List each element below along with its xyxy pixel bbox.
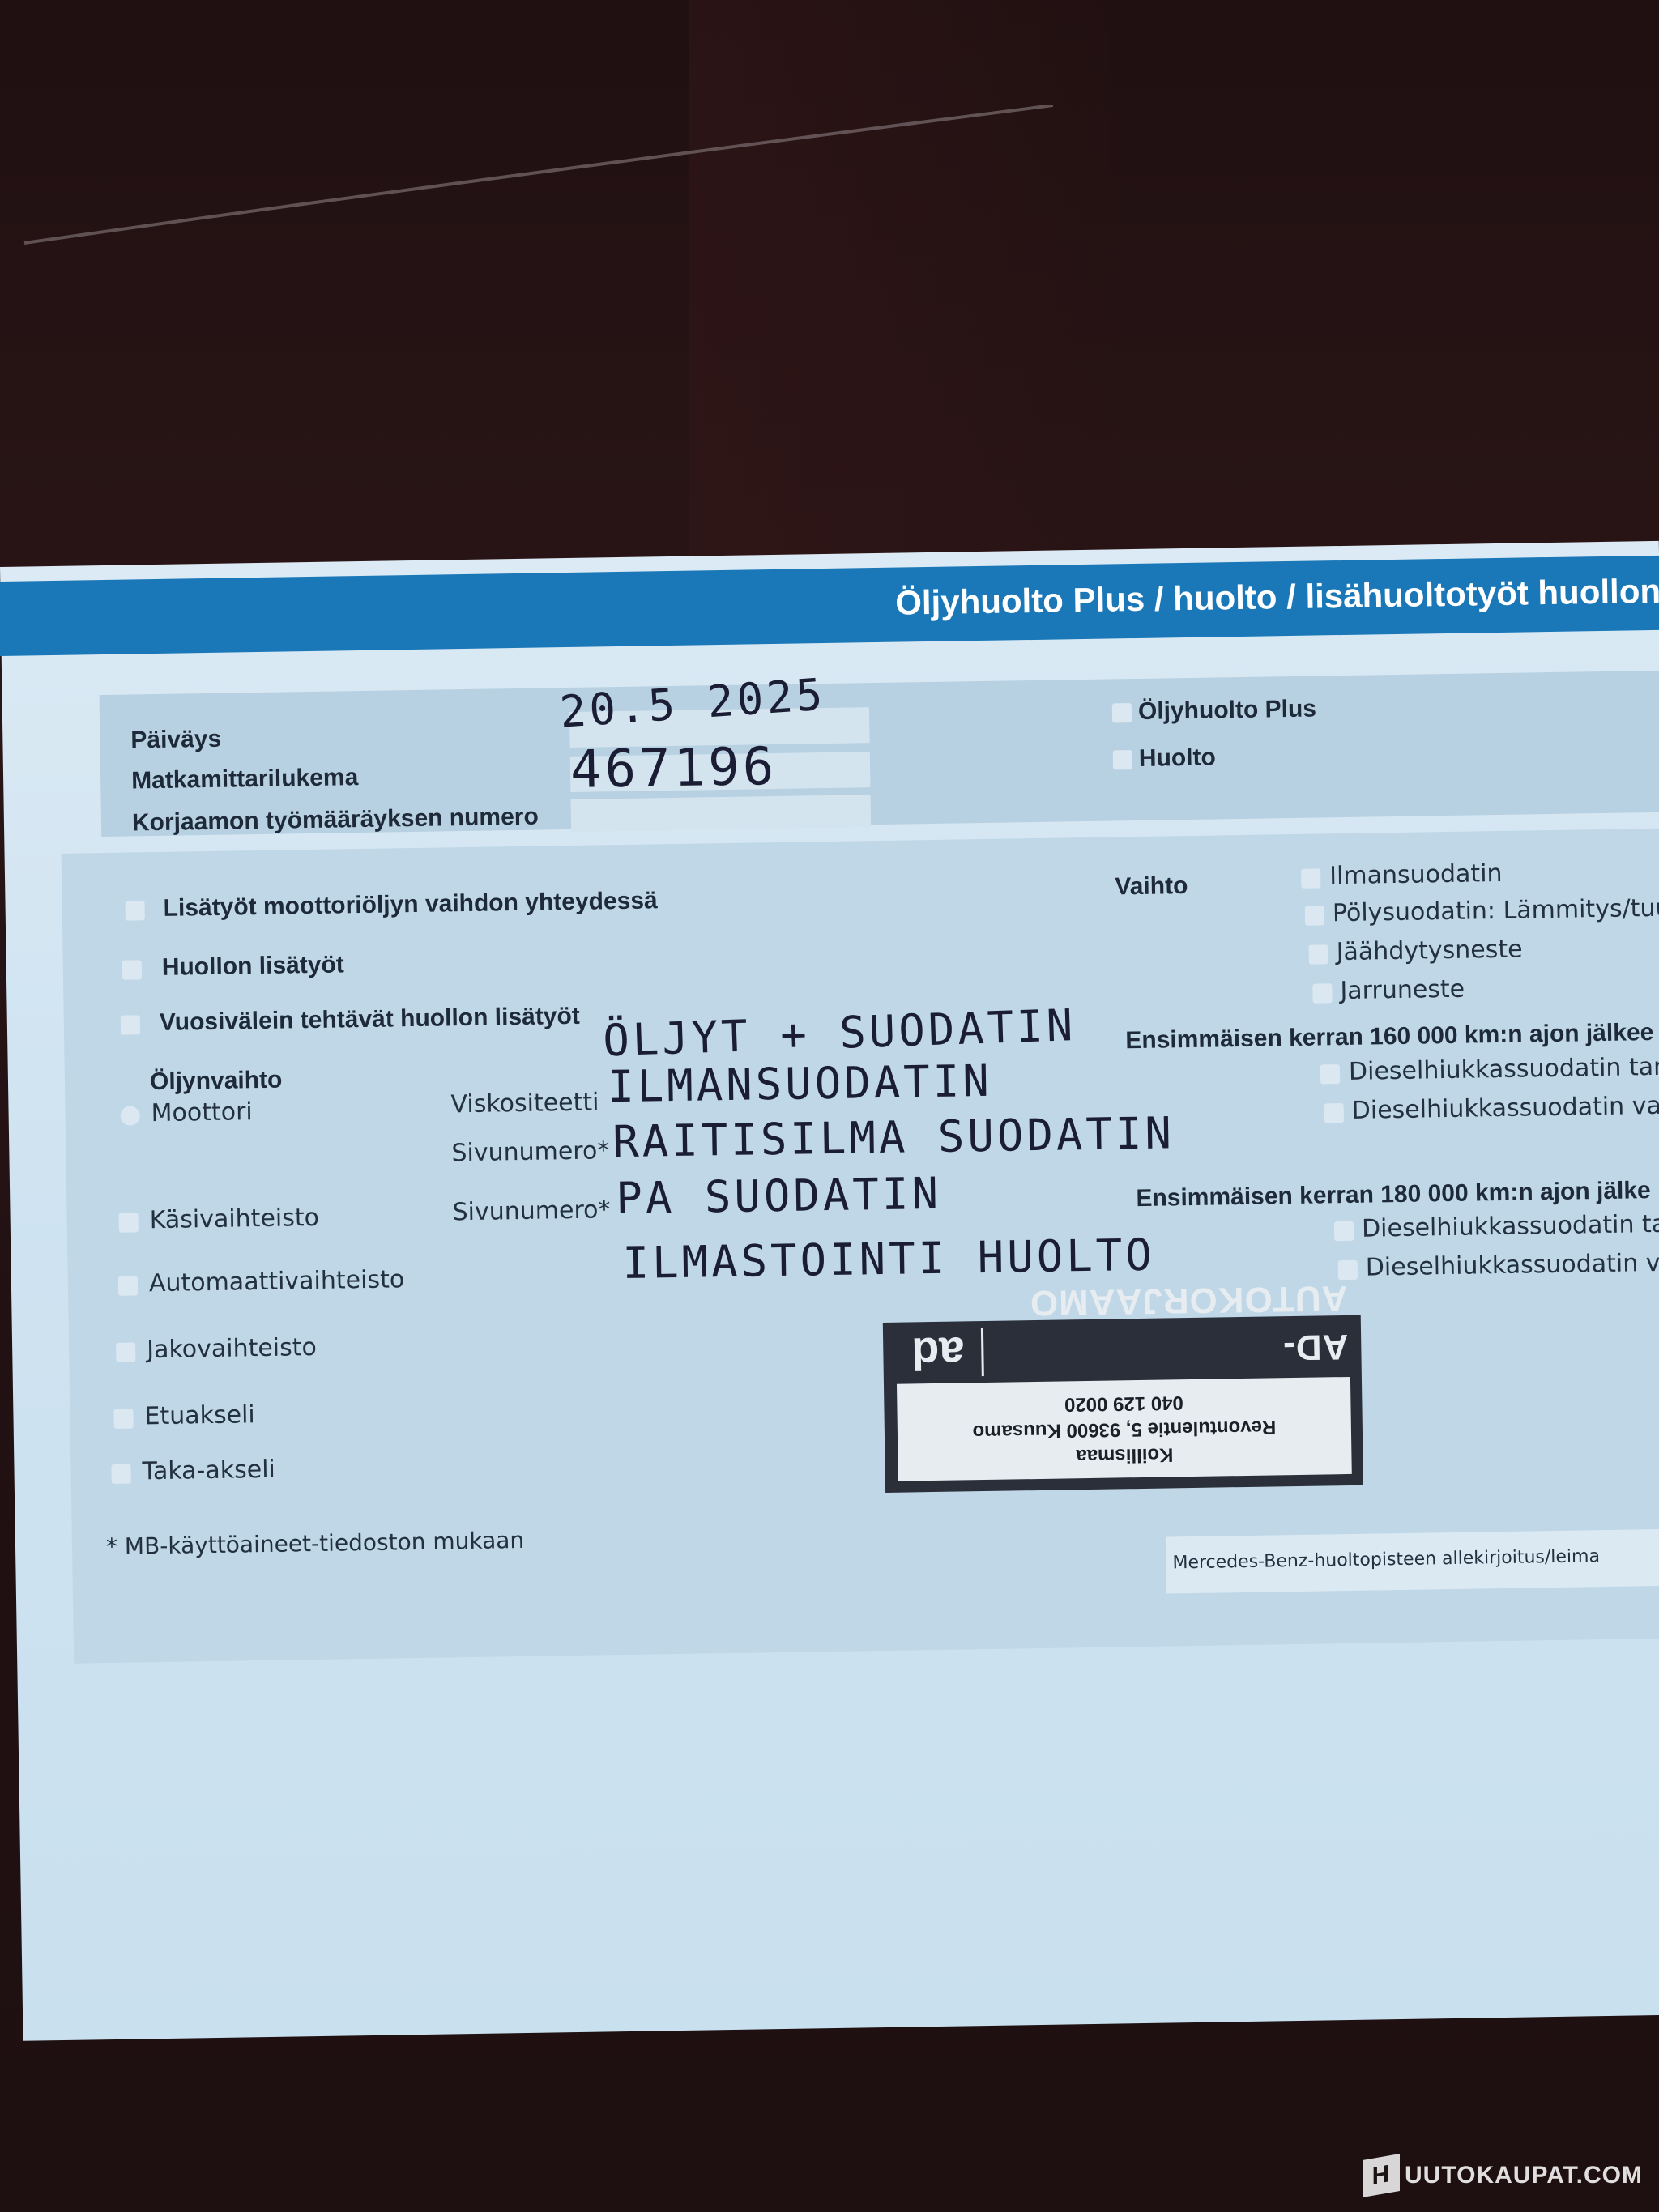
- checkbox-taka-akseli[interactable]: [111, 1464, 130, 1484]
- checkbox-huolto[interactable]: [1113, 750, 1132, 769]
- work-order-label: Korjaamon työmääräyksen numero: [132, 803, 539, 837]
- date-label: Päiväys: [130, 726, 221, 755]
- oil-item-label: Automaattivaihteisto: [149, 1265, 405, 1298]
- ad-logo-icon: ad: [894, 1328, 984, 1378]
- header-band: Öljyhuolto Plus / huolto / lisähuoltotyö…: [0, 555, 1659, 656]
- checkbox-extra-work[interactable]: [126, 901, 145, 920]
- oil-change-heading: Öljynvaihto: [150, 1067, 283, 1097]
- table-scratch: [16, 105, 1053, 267]
- oil-item-label: Etuakseli: [144, 1400, 255, 1430]
- checkbox-dpf-check-160k[interactable]: [1320, 1064, 1340, 1084]
- service-type-label: Öljyhuolto Plus: [1138, 695, 1317, 725]
- page-number-label: Sivunumero*: [451, 1136, 609, 1167]
- checkbox-jaahdytysneste[interactable]: [1309, 944, 1328, 964]
- checkbox-ilmansuodatin[interactable]: [1301, 868, 1320, 888]
- page-number-label: Sivunumero*: [452, 1196, 610, 1226]
- checkbox-extra-work[interactable]: [121, 1015, 140, 1034]
- checkbox-jakovaihteisto[interactable]: [116, 1342, 135, 1362]
- watermark: H UUTOKAUPAT.COM: [1363, 2157, 1643, 2194]
- checkbox-etuakseli[interactable]: [113, 1409, 133, 1429]
- after-160k-item-label: Dieselhiukkassuodatin tarkas: [1349, 1052, 1659, 1086]
- stamp-address: Revontulentie 5, 93600 Kuusamo: [972, 1413, 1276, 1444]
- checkbox-oljyhuolto-plus[interactable]: [1112, 703, 1132, 722]
- odometer-value: 467196: [569, 737, 777, 800]
- replacement-heading: Vaihto: [1115, 872, 1188, 901]
- checkbox-dpf-check-180k[interactable]: [1334, 1221, 1354, 1241]
- oil-item-label: Käsivaihteisto: [149, 1204, 319, 1234]
- after-180k-item-label: Dieselhiukkassuodatin vaiho: [1366, 1248, 1659, 1282]
- work-order-field[interactable]: [571, 795, 872, 832]
- stamp-address-block: Koillismaa Revontulentie 5, 93600 Kuusam…: [897, 1377, 1352, 1481]
- replacement-item-label: Pölysuodatin: Lämmitys/tuulet: [1333, 893, 1659, 927]
- replacement-item-label: Jäähdytysneste: [1336, 936, 1522, 967]
- handwritten-note: PA SUODATIN: [616, 1168, 942, 1224]
- service-type-label: Huolto: [1139, 744, 1216, 772]
- checkbox-extra-work[interactable]: [122, 960, 142, 979]
- handwritten-note: ILMANSUODATIN: [608, 1055, 993, 1112]
- extra-work-label: Huollon lisätyöt: [162, 951, 345, 982]
- oil-item-label: Jakovaihteisto: [147, 1333, 317, 1364]
- replacement-item-label: Jarruneste: [1340, 975, 1465, 1005]
- stamp-phone: 040 129 0020: [1064, 1389, 1183, 1417]
- checkbox-kasivaihteisto[interactable]: [119, 1213, 139, 1232]
- odometer-label: Matkamittarilukema: [131, 764, 359, 795]
- after-160k-item-label: Dieselhiukkassuodatin vaihde: [1351, 1091, 1659, 1125]
- service-record-page: Öljyhuolto Plus / huolto / lisähuoltotyö…: [0, 541, 1659, 2041]
- form-title: Öljyhuolto Plus / huolto / lisähuoltotyö…: [895, 571, 1659, 623]
- watermark-text: UUTOKAUPAT.COM: [1405, 2162, 1643, 2189]
- checkbox-dpf-replace-160k[interactable]: [1324, 1103, 1344, 1123]
- stamp-name: Koillismaa: [1076, 1441, 1174, 1468]
- oil-item-label: Taka-akseli: [142, 1455, 275, 1486]
- after-180k-item-label: Dieselhiukkassuodatin tarka: [1362, 1209, 1659, 1243]
- workshop-stamp: Koillismaa Revontulentie 5, 93600 Kuusam…: [883, 1315, 1363, 1493]
- oil-item-label: Moottori: [151, 1097, 253, 1127]
- huutokaupat-logo-icon: H: [1363, 2154, 1400, 2197]
- checkbox-polysuodatin[interactable]: [1305, 906, 1324, 925]
- viscosity-label: Viskositeetti: [450, 1088, 599, 1119]
- handwritten-note: RAITISILMA SUODATIN: [612, 1107, 1175, 1167]
- table-surface-shade: [689, 0, 1110, 567]
- checkbox-jarruneste[interactable]: [1312, 983, 1332, 1003]
- stamp-brand: AD-AUTOKORJAAMO: [1008, 1322, 1349, 1376]
- replacement-item-label: Ilmansuodatin: [1329, 859, 1503, 890]
- checkbox-automaattivaihteisto[interactable]: [118, 1276, 138, 1295]
